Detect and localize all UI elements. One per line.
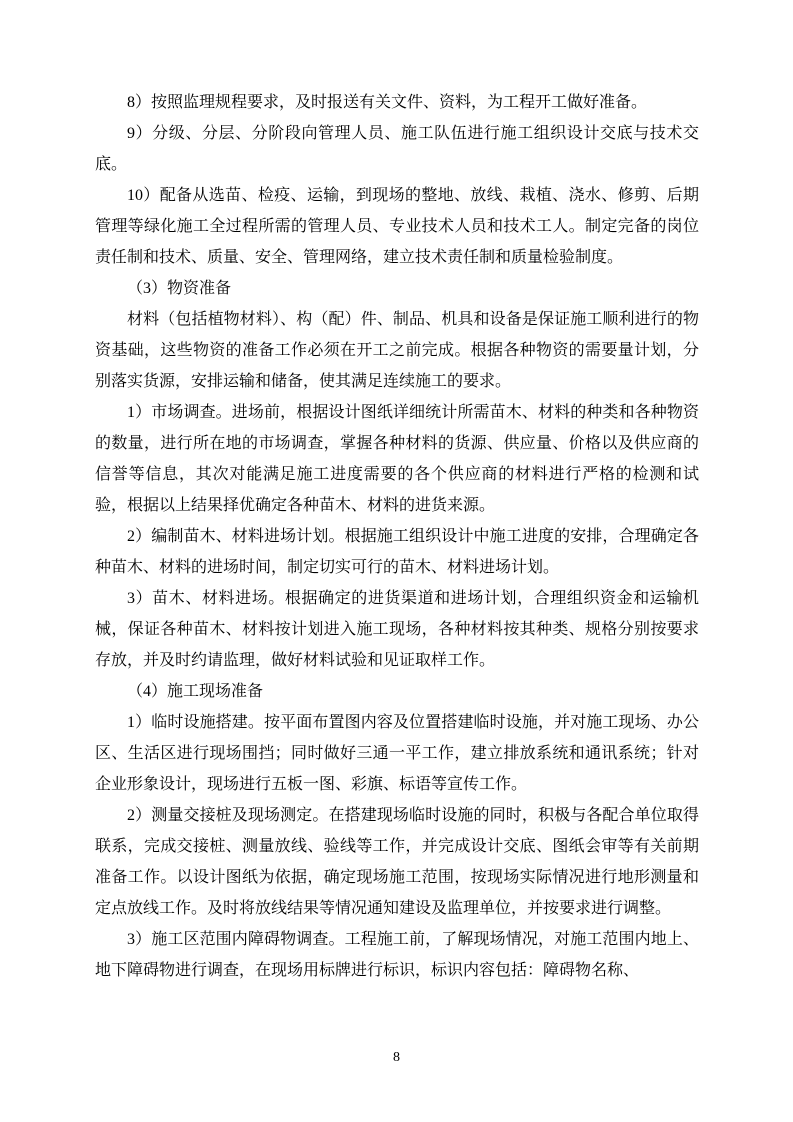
- page-number: 8: [393, 1050, 400, 1065]
- body-paragraph: 3）苗木、材料进场。根据确定的进货渠道和进场计划，合理组织资金和运输机械，保证各…: [95, 583, 699, 676]
- body-paragraph: 2）编制苗木、材料进场计划。根据施工组织设计中施工进度的安排，合理确定各种苗木、…: [95, 521, 699, 583]
- section-heading: （4）施工现场准备: [95, 676, 699, 707]
- section-heading: （3）物资准备: [95, 273, 699, 304]
- page-footer: 8: [0, 1048, 793, 1068]
- document-body: 8）按照监理规程要求，及时报送有关文件、资料，为工程开工做好准备。9）分级、分层…: [95, 87, 699, 986]
- body-paragraph: 3）施工区范围内障碍物调查。工程施工前，了解现场情况，对施工范围内地上、地下障碍…: [95, 924, 699, 986]
- body-paragraph: 1）市场调查。进场前，根据设计图纸详细统计所需苗木、材料的种类和各种物资的数量，…: [95, 397, 699, 521]
- body-paragraph: 8）按照监理规程要求，及时报送有关文件、资料，为工程开工做好准备。: [95, 87, 699, 118]
- body-paragraph: 1）临时设施搭建。按平面布置图内容及位置搭建临时设施，并对施工现场、办公区、生活…: [95, 707, 699, 800]
- body-paragraph: 9）分级、分层、分阶段向管理人员、施工队伍进行施工组织设计交底与技术交底。: [95, 118, 699, 180]
- document-page: 8）按照监理规程要求，及时报送有关文件、资料，为工程开工做好准备。9）分级、分层…: [0, 0, 793, 1122]
- body-paragraph: 2）测量交接桩及现场测定。在搭建现场临时设施的同时，积极与各配合单位取得联系，完…: [95, 800, 699, 924]
- body-paragraph: 10）配备从选苗、检疫、运输，到现场的整地、放线、栽植、浇水、修剪、后期管理等绿…: [95, 180, 699, 273]
- body-paragraph: 材料（包括植物材料）、构（配）件、制品、机具和设备是保证施工顺利进行的物资基础，…: [95, 304, 699, 397]
